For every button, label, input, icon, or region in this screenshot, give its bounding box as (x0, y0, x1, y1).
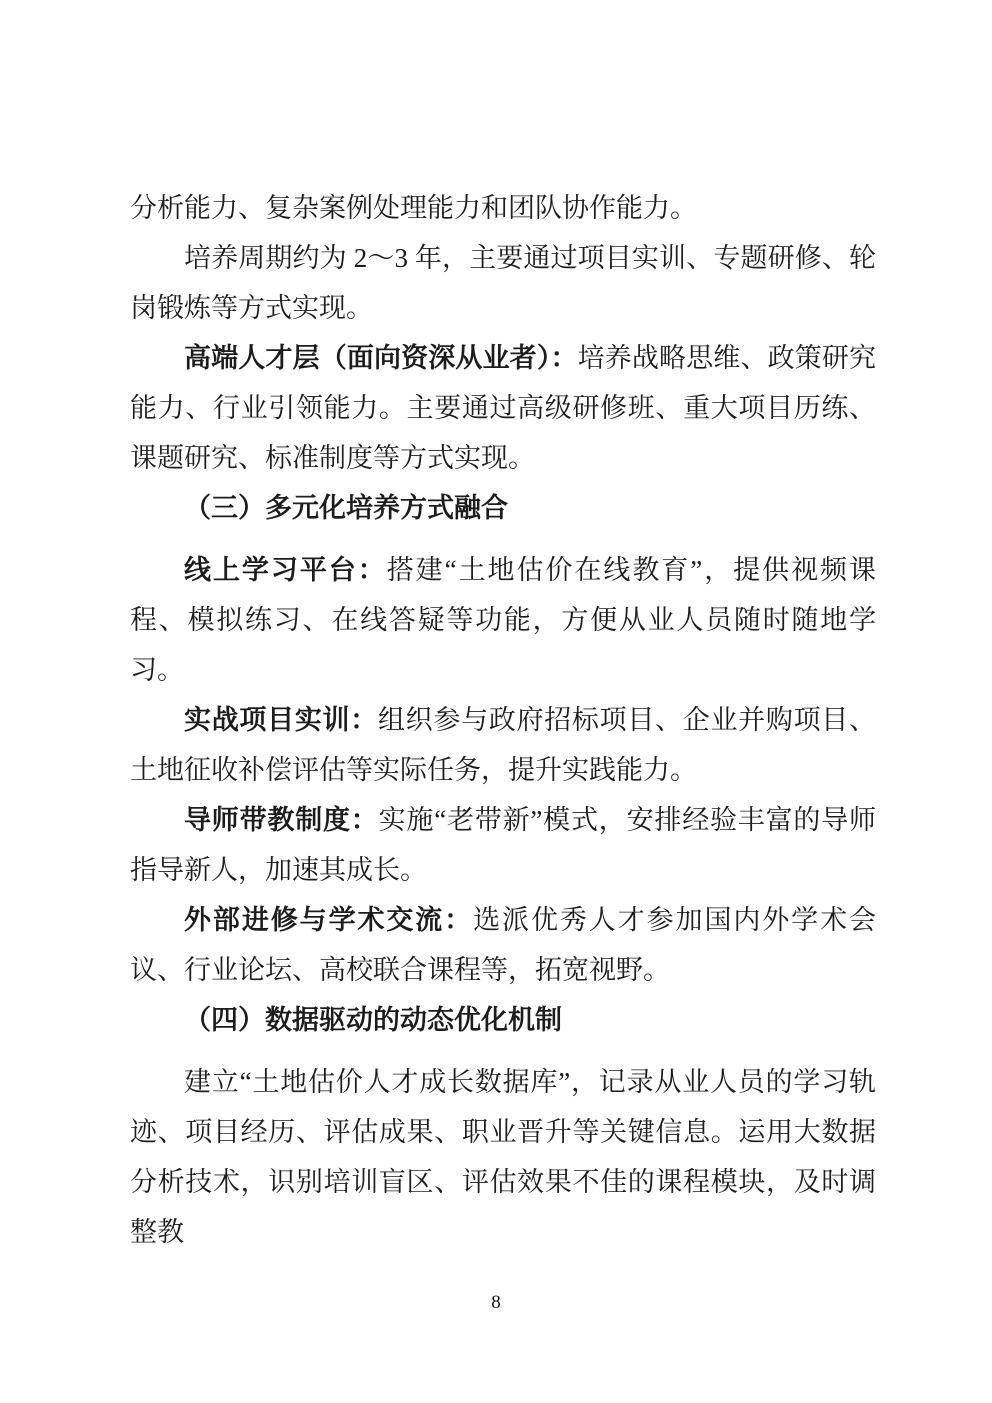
paragraph: 分析能力、复杂案例处理能力和团队协作能力。 (130, 183, 876, 233)
paragraph: 培养周期约为 2～3 年，主要通过项目实训、专题研修、轮岗锻炼等方式实现。 (130, 233, 876, 333)
section-heading: （四）数据驱动的动态优化机制 (130, 995, 876, 1045)
paragraph: 导师带教制度：实施“老带新”模式，安排经验丰富的导师指导新人，加速其成长。 (130, 795, 876, 895)
paragraph-lead-bold: 外部进修与学术交流： (184, 905, 473, 935)
paragraph-lead-bold: 实战项目实训： (184, 705, 378, 735)
page-number: 8 (491, 1292, 501, 1313)
paragraph: 线上学习平台：搭建“土地估价在线教育”，提供视频课程、模拟练习、在线答疑等功能，… (130, 545, 876, 695)
paragraph: 建立“土地估价人才成长数据库”，记录从业人员的学习轨迹、项目经历、评估成果、职业… (130, 1057, 876, 1257)
paragraph-lead-bold: 导师带教制度： (184, 805, 379, 835)
section-heading: （三）多元化培养方式融合 (130, 483, 876, 533)
paragraph-text: 建立“土地估价人才成长数据库”，记录从业人员的学习轨迹、项目经历、评估成果、职业… (130, 1067, 876, 1247)
page-footer: 8 (0, 1292, 992, 1314)
paragraph-text: 分析能力、复杂案例处理能力和团队协作能力。 (130, 193, 697, 223)
document-body: 分析能力、复杂案例处理能力和团队协作能力。 培养周期约为 2～3 年，主要通过项… (130, 183, 876, 1257)
paragraph: 实战项目实训：组织参与政府招标项目、企业并购项目、土地征收补偿评估等实际任务，提… (130, 695, 876, 795)
section-heading-text: （四）数据驱动的动态优化机制 (184, 1005, 562, 1035)
paragraph: 高端人才层（面向资深从业者）：培养战略思维、政策研究能力、行业引领能力。主要通过… (130, 333, 876, 483)
paragraph-lead-bold: 高端人才层（面向资深从业者）： (184, 343, 578, 373)
paragraph-text: 培养周期约为 2～3 年，主要通过项目实训、专题研修、轮岗锻炼等方式实现。 (130, 243, 876, 323)
paragraph-lead-bold: 线上学习平台： (184, 555, 387, 585)
document-page: 分析能力、复杂案例处理能力和团队协作能力。 培养周期约为 2～3 年，主要通过项… (0, 0, 992, 1403)
section-heading-text: （三）多元化培养方式融合 (184, 493, 508, 523)
paragraph: 外部进修与学术交流：选派优秀人才参加国内外学术会议、行业论坛、高校联合课程等，拓… (130, 895, 876, 995)
